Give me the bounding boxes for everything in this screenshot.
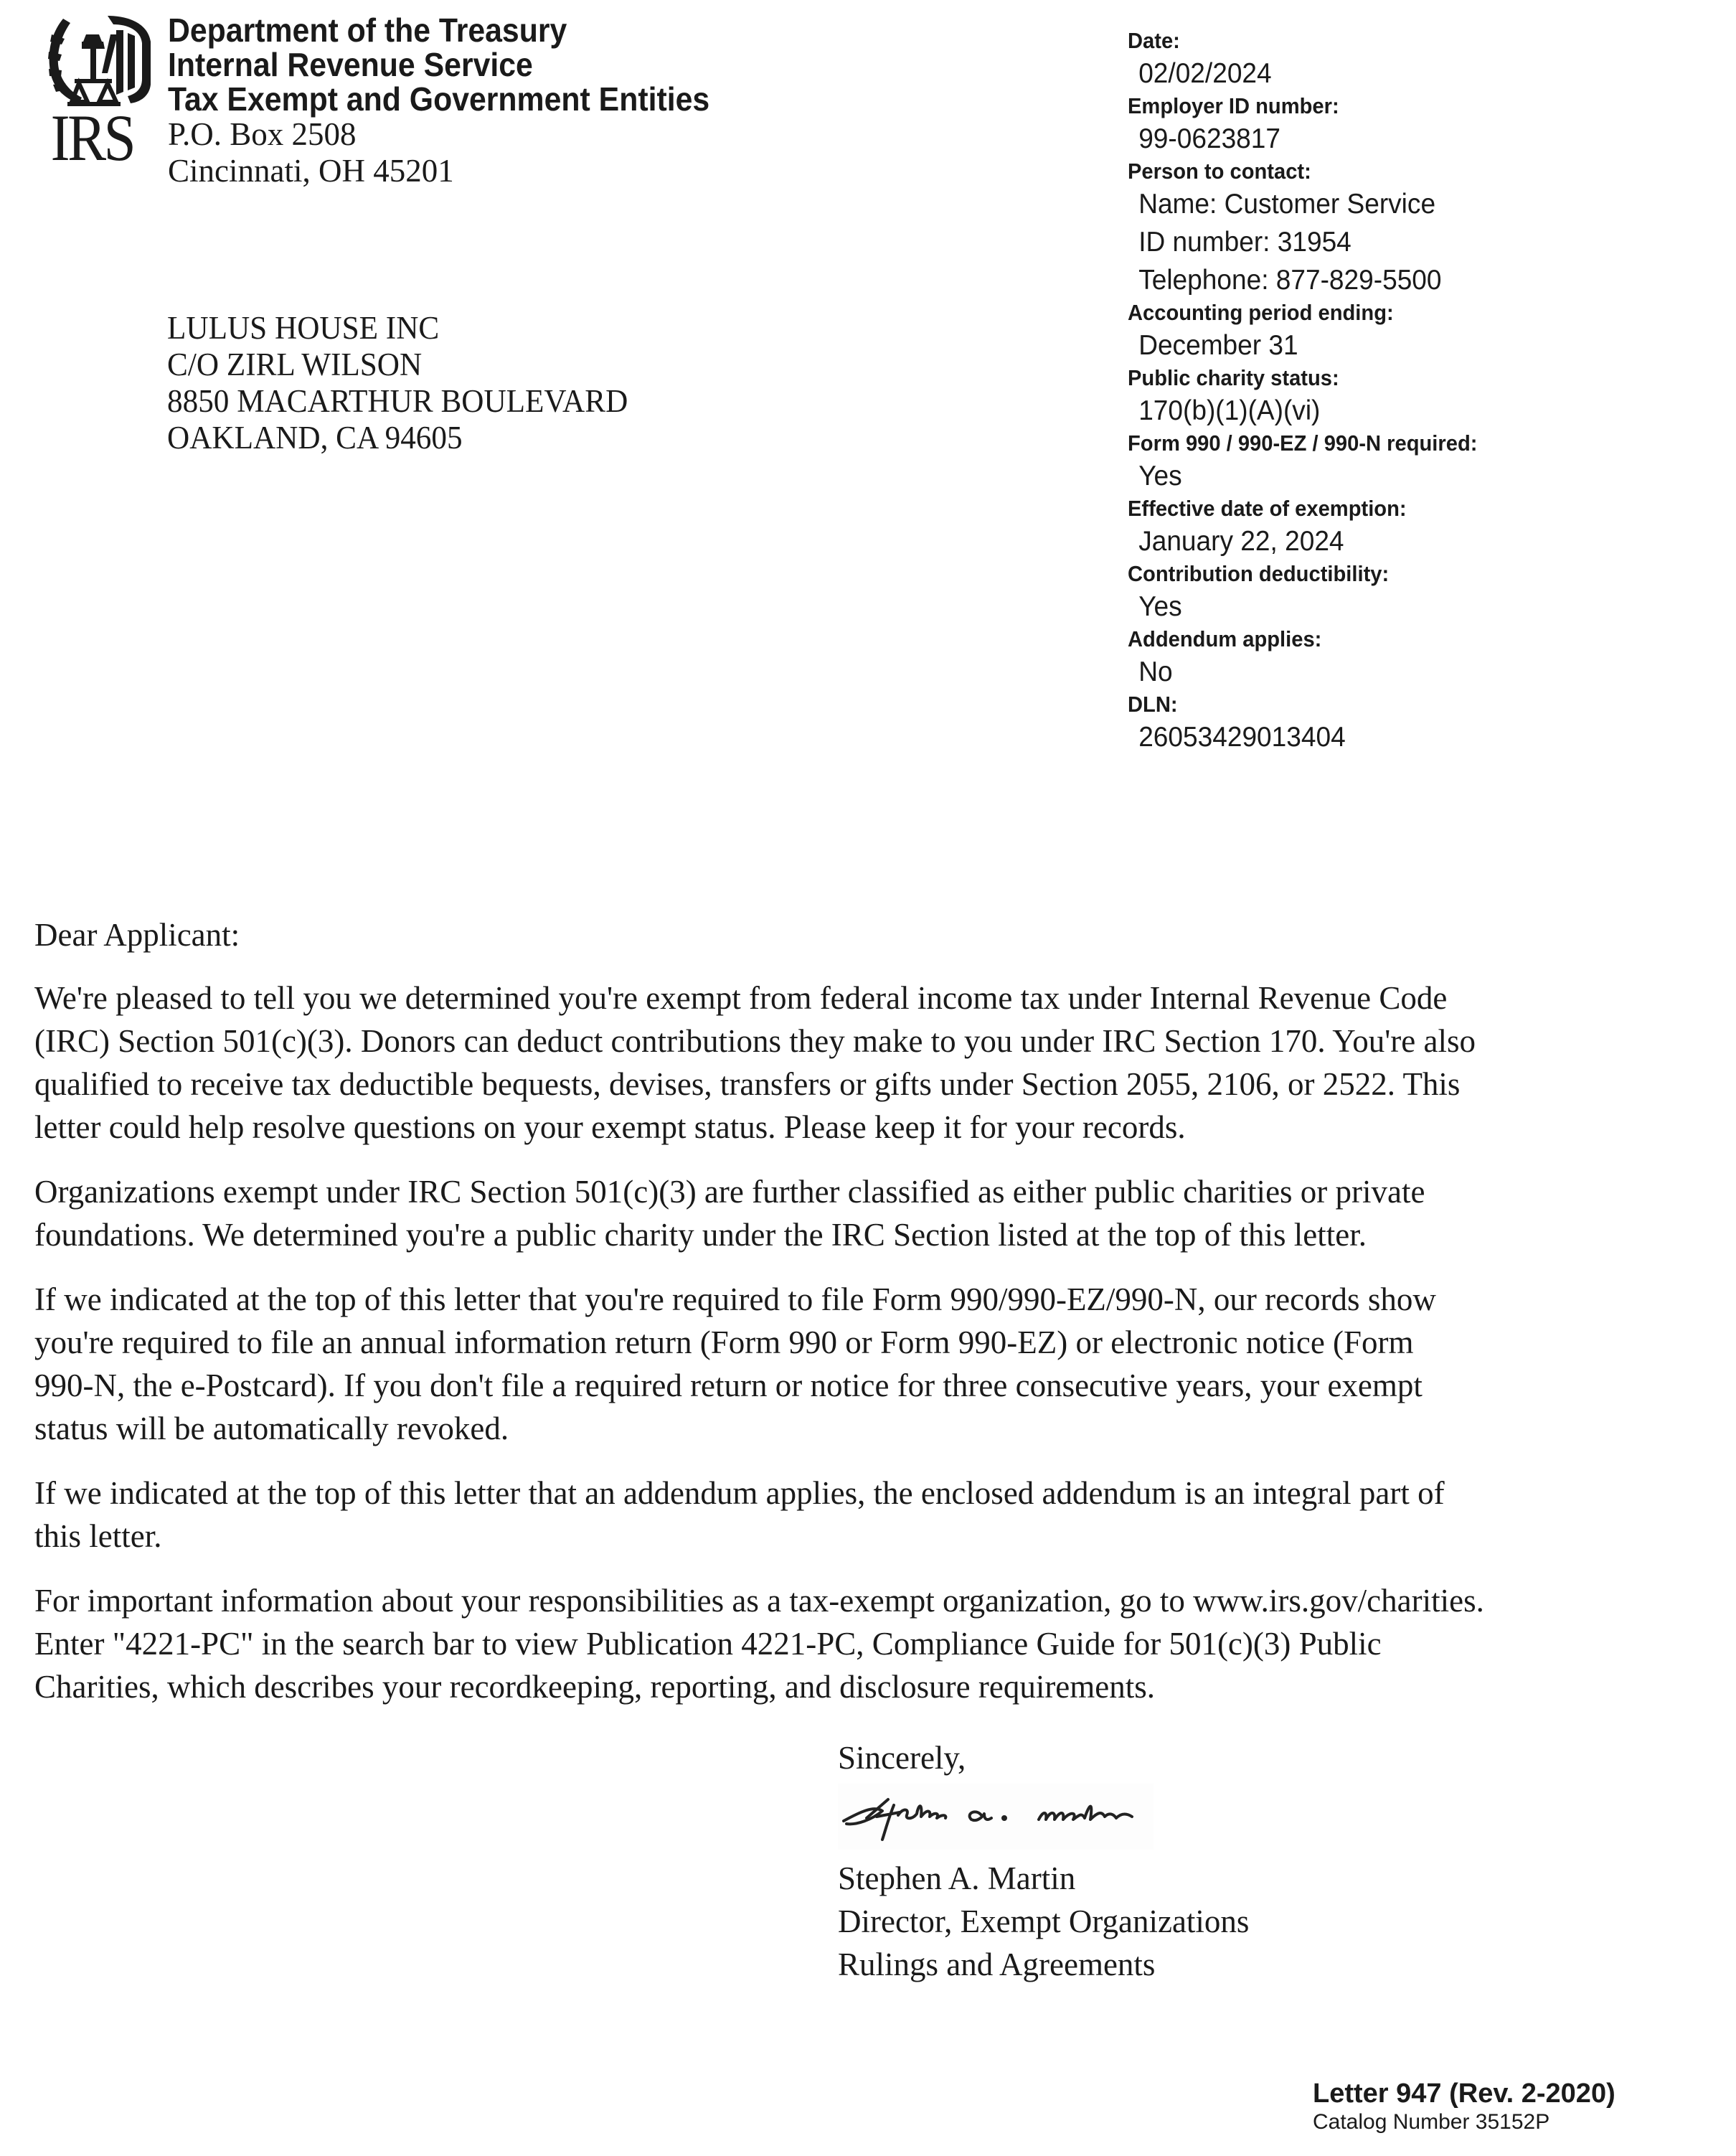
info-label: DLN: bbox=[1128, 691, 1681, 718]
info-public-charity-status: Public charity status: 170(b)(1)(A)(vi) bbox=[1128, 364, 1716, 430]
info-form-990-required: Form 990 / 990-EZ / 990-N required: Yes bbox=[1128, 430, 1716, 495]
info-label: Public charity status: bbox=[1128, 364, 1681, 392]
letter-info-panel: Date: 02/02/2024 Employer ID number: 99-… bbox=[1128, 27, 1716, 756]
agency-division: Tax Exempt and Government Entities bbox=[168, 82, 709, 116]
paragraph-classification: Organizations exempt under IRC Section 5… bbox=[34, 1170, 1706, 1256]
agency-service: Internal Revenue Service bbox=[168, 47, 709, 82]
signer-title: Director, Exempt Organizations bbox=[838, 1900, 1249, 1943]
info-employer-id: Employer ID number: 99-0623817 bbox=[1128, 93, 1716, 158]
irs-wordmark: IRS bbox=[42, 105, 143, 171]
signer-name: Stephen A. Martin bbox=[838, 1857, 1249, 1900]
info-label: Date: bbox=[1128, 27, 1681, 55]
info-value: ID number: 31954 bbox=[1128, 223, 1687, 261]
form-identifier: Letter 947 (Rev. 2-2020) bbox=[1313, 2078, 1615, 2109]
irs-logo: IRS bbox=[42, 13, 156, 172]
recipient-address: LULUS HOUSE INC C/O ZIRL WILSON 8850 MAC… bbox=[167, 310, 647, 456]
info-value: December 31 bbox=[1128, 326, 1687, 364]
agency-po-box: P.O. Box 2508 bbox=[168, 116, 750, 153]
recipient-street: 8850 MACARTHUR BOULEVARD bbox=[167, 383, 628, 420]
info-effective-date: Effective date of exemption: January 22,… bbox=[1128, 495, 1716, 560]
signer-department: Rulings and Agreements bbox=[838, 1943, 1249, 1986]
info-date: Date: 02/02/2024 bbox=[1128, 27, 1716, 93]
info-label: Person to contact: bbox=[1128, 158, 1681, 185]
info-label: Employer ID number: bbox=[1128, 93, 1681, 120]
info-value: Yes bbox=[1128, 588, 1687, 626]
info-label: Contribution deductibility: bbox=[1128, 560, 1681, 588]
paragraph-filing-requirement: If we indicated at the top of this lette… bbox=[34, 1278, 1706, 1450]
info-label: Effective date of exemption: bbox=[1128, 495, 1681, 522]
info-value: 02/02/2024 bbox=[1128, 55, 1687, 93]
info-value: 26053429013404 bbox=[1128, 718, 1687, 756]
info-person-to-contact: Person to contact: Name: Customer Servic… bbox=[1128, 158, 1716, 299]
irs-eagle-scales-icon bbox=[42, 13, 156, 106]
salutation: Dear Applicant: bbox=[34, 913, 1706, 956]
recipient-city-state-zip: OAKLAND, CA 94605 bbox=[167, 420, 628, 456]
info-accounting-period: Accounting period ending: December 31 bbox=[1128, 299, 1716, 364]
info-value: Yes bbox=[1128, 457, 1687, 495]
signature-block: Sincerely, Stephen A. Martin Director, E… bbox=[838, 1736, 1249, 1986]
letter-body: Dear Applicant: We're pleased to tell yo… bbox=[34, 913, 1706, 1730]
info-value: January 22, 2024 bbox=[1128, 522, 1687, 560]
recipient-care-of: C/O ZIRL WILSON bbox=[167, 347, 628, 383]
closing: Sincerely, bbox=[838, 1736, 1249, 1779]
info-dln: DLN: 26053429013404 bbox=[1128, 691, 1716, 756]
handwritten-signature bbox=[838, 1784, 1154, 1850]
letter-footer: Letter 947 (Rev. 2-2020) Catalog Number … bbox=[1313, 2078, 1615, 2135]
info-value: 99-0623817 bbox=[1128, 120, 1687, 158]
info-value: 170(b)(1)(A)(vi) bbox=[1128, 392, 1687, 430]
signature-scribble-icon bbox=[838, 1784, 1154, 1850]
info-label: Addendum applies: bbox=[1128, 626, 1681, 653]
info-addendum-applies: Addendum applies: No bbox=[1128, 626, 1716, 691]
agency-header: Department of the Treasury Internal Reve… bbox=[168, 13, 750, 189]
recipient-name: LULUS HOUSE INC bbox=[167, 310, 628, 347]
agency-city-state: Cincinnati, OH 45201 bbox=[168, 153, 750, 189]
paragraph-exemption: We're pleased to tell you we determined … bbox=[34, 976, 1706, 1149]
agency-department: Department of the Treasury bbox=[168, 13, 709, 47]
info-value: Telephone: 877-829-5500 bbox=[1128, 261, 1687, 299]
info-value: No bbox=[1128, 653, 1687, 691]
catalog-number: Catalog Number 35152P bbox=[1313, 2109, 1615, 2135]
paragraph-addendum: If we indicated at the top of this lette… bbox=[34, 1472, 1706, 1558]
info-label: Accounting period ending: bbox=[1128, 299, 1681, 326]
info-contribution-deductibility: Contribution deductibility: Yes bbox=[1128, 560, 1716, 626]
paragraph-more-info: For important information about your res… bbox=[34, 1579, 1706, 1708]
info-label: Form 990 / 990-EZ / 990-N required: bbox=[1128, 430, 1681, 457]
info-value: Name: Customer Service bbox=[1128, 185, 1687, 223]
